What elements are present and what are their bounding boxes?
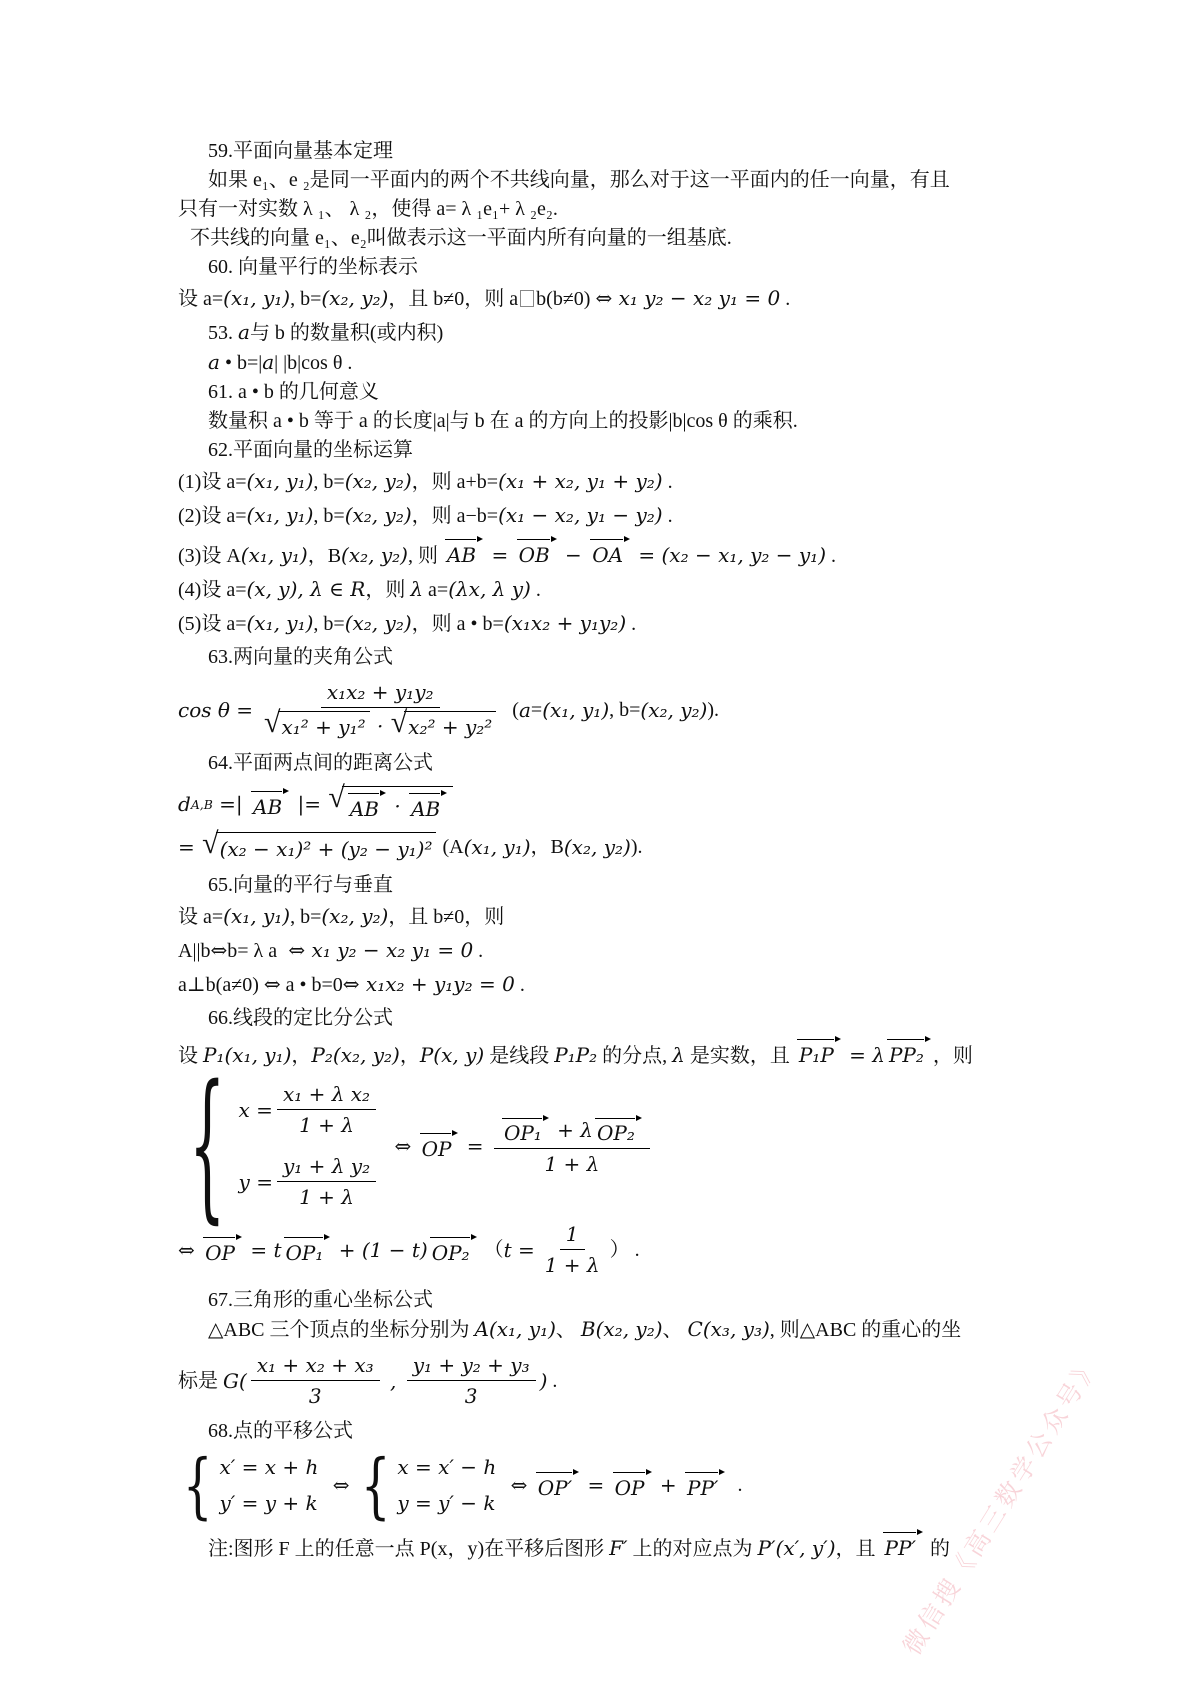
text-run: (1)设 a= [178,471,246,493]
system-rows: x′ = x + hy′ = y + k [219,1454,318,1517]
line-62-f3: (3)设 A(x₁, y₁)，B(x₂, y₂), 则 AB = OB − OA… [178,536,1138,570]
system-row: x = x′ − h [397,1454,496,1481]
text-run: (3)设 A [178,545,241,567]
radical: √(x₂ − x₁)² + (y₂ − y₁)² [202,832,436,863]
text-run: 60. 向量平行的坐标表示 [208,256,418,278]
math-run: (x₂, y₂) [345,611,412,635]
text-run: ，则 [933,1045,973,1067]
math-run: C(x₃, y₃) [688,1317,770,1341]
vector-arrow: OP₂ [595,1117,641,1146]
system-rows: x = x′ − hy = y′ − k [397,1454,496,1517]
math-run: F′ [609,1536,627,1560]
math-run: ⇔ [388,1133,417,1160]
text-run: a⊥b(a≠0) [178,974,264,996]
text-run: ，且 [836,1538,881,1560]
math-run: (x₁ − x₂, y₁ − y₂) [498,503,663,527]
math-run: 1 + λ [299,1113,354,1138]
text-run: 、 [556,1319,581,1341]
text-run: 64.平面两点间的距离公式 [208,752,433,774]
text-run: . [515,974,525,996]
text-run: , b= [313,471,344,493]
math-run: (x₁, y₁) [246,469,313,493]
radicand: (x₂ − x₁)² + (y₂ − y₁)² [216,832,437,863]
math-run: (x₁, y₁) [542,697,609,724]
line-65-f2: a⊥b(a≠0) ⇔ a • b=0⇔ x₁x₂ + y₁y₂ = 0 . [178,971,1138,999]
math-run: (x₁, y₁) [246,503,313,527]
vector-arrow: OP₁ [502,1117,548,1146]
vector-arrow: PP′ [685,1471,724,1502]
vector-arrow: OP [420,1132,458,1163]
math-run: · [388,793,407,820]
line-67-p1: △ABC 三个顶点的坐标分别为 A(x₁, y₁)、 B(x₂, y₂)、 C(… [208,1316,1138,1344]
line-59-p2: 只有一对实数 λ ₁、 λ ₂，使得 a= λ ₁e₁+ λ ₂e₂. [178,196,1138,223]
text-run: , 则△ABC 的重心的坐 [770,1319,962,1341]
system-row: y =y₁ + λ y₂1 + λ [239,1154,381,1210]
vector-arrow: AB [445,538,482,569]
math-run: (x₁, y₁) [223,286,290,310]
text-run: ，且 b≠0，则 a [388,288,518,310]
text-run: A||b [178,940,210,962]
text-run: 62.平面向量的坐标运算 [208,439,413,461]
radicand: AB · AB [342,786,453,823]
equation-system: {x = x′ − hy = y′ − k [356,1454,496,1517]
text-run: , b= [609,697,640,724]
line-62-f1: (1)设 a=(x₁, y₁), b=(x₂, y₂)，则 a+b=(x₁ + … [178,468,1138,496]
text-run: 61. a • b 的几何意义 [208,381,379,403]
math-run: 1 + λ [544,1152,599,1177]
math-run: ⇔ x₁x₂ + y₁y₂ = 0 [343,972,515,996]
line-59-p3: 不共线的向量 e₁、e₂叫做表示这一平面内所有向量的一组基底. [190,225,1138,252]
math-run: a [208,350,220,374]
text-run: 66.线段的定比分公式 [208,1007,393,1029]
fraction-numerator: x₁ + x₂ + x₃ [251,1353,380,1381]
math-run: a [519,697,531,724]
fraction-denominator: 3 [459,1381,484,1409]
math-run: (x₁, y₁) [464,834,531,861]
equation-system: {x =x₁ + λ x₂1 + λy =y₁ + λ y₂1 + λ [178,1082,380,1210]
line-62-f4: (4)设 a=(x, y), λ ∈ R，则 λ a=(λx, λ y) . [178,576,1138,604]
math-run: y = [239,1169,273,1196]
math-run: = λ [843,1043,885,1067]
text-run: 上的对应点为 [628,1538,758,1560]
text-run: b(b≠0) [536,288,595,310]
vector-arrow: OB [517,538,556,569]
vector-arrow: PP₂ [887,1038,930,1069]
line-63-title: 63.两向量的夹角公式 [208,644,1138,671]
line-61-title: 61. a • b 的几何意义 [208,379,1138,406]
vector-arrow: OP [203,1236,241,1267]
text-run: 标是 [178,1368,223,1395]
text-run: ， [400,1045,420,1067]
text-run: ，B [531,834,564,861]
vector-arrow: PP′ [883,1531,922,1562]
math-run: a [262,350,274,374]
text-run: 68.点的平移公式 [208,1420,353,1442]
math-run: x₁ + λ x₂ [283,1082,370,1107]
system-rows: x =x₁ + λ x₂1 + λy =y₁ + λ y₂1 + λ [239,1082,381,1210]
text-run: 65.向量的平行与垂直 [208,874,393,896]
math-run: y′ = y + k [219,1490,317,1517]
line-62-f2: (2)设 a=(x₁, y₁), b=(x₂, y₂)，则 a−b=(x₁ − … [178,502,1138,530]
text-run: . [663,471,673,493]
text-run: 67.三角形的重心坐标公式 [208,1289,433,1311]
fraction: x₁ + x₂ + x₃3 [251,1353,380,1409]
text-run: 的分点, [597,1045,672,1067]
line-65-f1: A||b⇔b= λ a ⇔ x₁ y₂ − x₂ y₁ = 0 . [178,937,1138,965]
text-run: 是实数，且 [685,1045,795,1067]
line-67-title: 67.三角形的重心坐标公式 [208,1287,1138,1314]
fraction: y₁ + y₂ + y₃3 [407,1353,536,1409]
line-61-p1: 数量积 a • b 等于 a 的长度|a|与 b 在 a 的方向上的投影|b|c… [208,408,1138,435]
text-run: , b= [313,505,344,527]
line-59-p1: 如果 e₁、e ₂是同一平面内的两个不共线向量，那么对于这一平面内的任一向量，有… [208,167,1138,194]
math-run: (x₁, y₁) [246,611,313,635]
math-run: a [238,320,250,344]
radical-sign: √ [202,829,218,859]
math-run: ⇔ [178,1237,201,1264]
math-run: ) [540,1368,548,1395]
math-run: 3 [309,1384,322,1409]
math-run: = [178,834,201,861]
math-run: (x₂ − x₁)² + (y₂ − y₁)² [220,836,433,863]
vector-arrow: OP′ [536,1471,578,1502]
fraction: x₁ + λ x₂1 + λ [277,1082,376,1138]
fraction-denominator: 1 + λ [539,1250,606,1278]
math-run: (x₂, y₂) [345,503,412,527]
math-run: + (1 − t) [332,1237,427,1264]
text-run: 53. [208,322,238,344]
math-run: = [581,1472,610,1499]
math-run: ⇔ [264,972,281,996]
radical: √x₂² + y₂² [391,711,497,741]
fraction-denominator: 1 + λ [293,1182,360,1210]
text-run: . [826,545,836,567]
system-row: x′ = x + h [219,1454,318,1481]
line-65-title: 65.向量的平行与垂直 [208,872,1138,899]
text-run: ，则 a−b= [412,505,498,527]
text-run: 注:图形 F 上的任意一点 P(x，y)在平移后图形 [208,1538,609,1560]
text-run: (A [437,834,463,861]
text-run: ( [507,697,519,724]
radical-sign: √ [328,783,344,813]
radicand: x₁² + y₁² [278,711,370,740]
math-run: A(x₁, y₁) [475,1317,556,1341]
vector-arrow: OA [590,538,629,569]
line-63-f1: cos θ =x₁x₂ + y₁y₂√x₁² + y₁² · √x₂² + y₂… [178,680,1138,741]
math-run: B(x₂, y₂) [581,1317,663,1341]
line-64-title: 64.平面两点间的距离公式 [208,750,1138,777]
math-run: d [178,791,191,818]
line-66-p1: 设 P₁(x₁, y₁)，P₂(x₂, y₂)，P(x, y) 是线段 P₁P₂… [178,1036,1138,1070]
radical: √x₁² + y₁² [264,711,370,741]
math-run: ⇔ [210,938,227,962]
radicand: x₂² + y₂² [404,711,496,740]
math-run: x = [239,1097,273,1124]
curly-brace: { [361,1453,391,1517]
math-run: (x₂, y₂) [321,904,388,928]
math-run: G( [223,1368,247,1395]
document-page: 59.平面向量基本定理如果 e₁、e ₂是同一平面内的两个不共线向量，那么对于这… [0,0,1200,1698]
subscript: A,B [191,791,213,818]
system-row: y′ = y + k [219,1490,317,1517]
text-run: (2)设 a= [178,505,246,527]
vector-arrow: OP [613,1471,651,1502]
vector-arrow: OP₂ [430,1236,476,1267]
math-run: ⇔ [504,1472,533,1499]
text-run: a= [423,579,448,601]
equation-system: {x′ = x + hy′ = y + k [178,1454,318,1517]
math-run: λ [410,577,423,601]
radical-sign: √ [264,708,280,738]
text-run: ，B [308,545,341,567]
text-run: 59.平面向量基本定理 [208,140,393,162]
text-run: . [727,1472,742,1499]
math-run: (x₁ + x₂, y₁ + y₂) [498,469,663,493]
curly-brace: { [183,1453,213,1517]
text-run: a • b=0 [281,974,343,996]
text-run: 设 a= [178,288,223,310]
math-run: − [559,543,588,567]
line-65-p1: 设 a=(x₁, y₁), b=(x₂, y₂)，且 b≠0，则 [178,903,1138,931]
math-run: |= [291,791,327,818]
math-run: 3 [465,1384,478,1409]
math-run: = (x₂ − x₁, y₂ − y₁) [632,543,826,567]
fraction-numerator: 1 [560,1222,585,1250]
text-run: （ [479,1237,504,1264]
math-run: · [371,714,390,739]
math-run: (x, y), λ ∈ R [246,577,365,601]
text-run: 不共线的向量 e₁、e₂叫做表示这一平面内所有向量的一组基底. [190,227,732,249]
text-run: , 则 [408,545,443,567]
vector-arrow: AB [251,790,288,821]
text-run: ，则 [365,579,410,601]
system-row: y = y′ − k [397,1490,495,1517]
math-run: 1 [566,1222,579,1247]
line-59-title: 59.平面向量基本定理 [208,138,1138,165]
math-run: P₁P₂ [554,1043,597,1067]
math-run: P₂(x₂, y₂) [311,1043,399,1067]
math-run: 1 + λ [299,1185,354,1210]
fraction-denominator: √x₁² + y₁² · √x₂² + y₂² [257,708,503,741]
line-66-title: 66.线段的定比分公式 [208,1005,1138,1032]
math-run: y₁ + y₂ + y₃ [413,1353,530,1378]
fraction-numerator: y₁ + λ y₂ [277,1154,376,1182]
document-content: 59.平面向量基本定理如果 e₁、e ₂是同一平面内的两个不共线向量，那么对于这… [178,138,1138,1565]
math-run: = [460,1133,489,1160]
curly-brace: { [189,1074,225,1219]
math-run: , [384,1368,403,1395]
math-run: (x₁, y₁) [223,904,290,928]
math-run: = [485,543,514,567]
text-run: , b= [290,906,321,928]
text-run: . [780,288,790,310]
vector-arrow: AB [348,792,385,823]
text-run: ， [291,1045,311,1067]
line-60-title: 60. 向量平行的坐标表示 [208,254,1138,281]
fraction-denominator: 1 + λ [293,1110,360,1138]
math-run: 1 + λ [545,1253,600,1278]
math-run: x₁x₂ + y₁y₂ [327,680,434,705]
text-run: 、 [663,1319,688,1341]
line-60-f1: 设 a=(x₁, y₁), b=(x₂, y₂)，且 b≠0，则 ab(b≠0)… [178,285,1138,313]
fraction-denominator: 3 [303,1381,328,1409]
text-run: , b= [290,288,321,310]
math-run: (x₂, y₂) [321,286,388,310]
math-run: =| [213,791,249,818]
fraction-numerator: x₁ + λ x₂ [277,1082,376,1110]
text-run: . [663,505,673,527]
text-run: . [547,1368,557,1395]
math-run: λ [672,1043,685,1067]
math-run: P(x, y) [420,1043,484,1067]
missing-glyph-box [520,290,534,307]
text-run: , b= [313,613,344,635]
math-run: x′ = x + h [219,1454,318,1481]
fraction: x₁x₂ + y₁y₂√x₁² + y₁² · √x₂² + y₂² [257,680,503,741]
fraction: y₁ + λ y₂1 + λ [277,1154,376,1210]
text-run: . [473,940,483,962]
math-run: x₁² + y₁² [282,715,366,740]
text-run: ). [707,697,719,724]
text-run: • b=| [220,352,262,374]
text-run: (4)设 a= [178,579,246,601]
fraction-numerator: OP₁ + λOP₂ [494,1115,650,1149]
math-run: y₁ + λ y₂ [283,1154,370,1179]
fraction: 11 + λ [539,1222,606,1278]
math-run: x₁ + x₂ + x₃ [257,1353,374,1378]
text-run: . [531,579,541,601]
text-run: . [626,613,636,635]
fraction-numerator: x₁x₂ + y₁y₂ [321,680,440,708]
math-run: cos θ = [178,697,253,724]
math-run: ⇔ x₁ y₂ − x₂ y₁ = 0 [595,286,780,310]
math-run: (x₁x₂ + y₁y₂) [504,611,626,635]
math-run: + λ [551,1118,593,1143]
vector-arrow: OP₁ [284,1236,330,1267]
text-run: 63.两向量的夹角公式 [208,646,393,668]
math-run: = t [244,1237,282,1264]
fraction-denominator: 1 + λ [538,1149,605,1177]
math-run: ⇔ [326,1472,355,1499]
math-run: (x₂, y₂) [564,834,631,861]
math-run: + [654,1472,683,1499]
text-run: | |b|cos θ . [274,352,352,374]
text-run: ，则 a+b= [412,471,498,493]
math-run: ⇔ x₁ y₂ − x₂ y₁ = 0 [282,938,473,962]
text-run: △ABC 三个顶点的坐标分别为 [208,1319,475,1341]
line-67-f1: 标是 G(x₁ + x₂ + x₃3 , y₁ + y₂ + y₃3) . [178,1353,1138,1409]
text-run: ，则 a • b= [412,613,504,635]
text-run: ） . [610,1237,640,1264]
math-run: t = [504,1237,535,1264]
line-68-title: 68.点的平移公式 [208,1418,1138,1445]
text-run: ). [631,834,643,861]
line-66-f1: {x =x₁ + λ x₂1 + λy =y₁ + λ y₂1 + λ ⇔ OP… [178,1082,1138,1210]
text-run: 数量积 a • b 等于 a 的长度|a|与 b 在 a 的方向上的投影|b|c… [208,410,798,432]
radical-sign: √ [391,708,407,738]
line-64-f2: = √(x₂ − x₁)² + (y₂ − y₁)² (A(x₁, y₁)，B(… [178,832,1138,863]
math-run: (x₂, y₂) [341,543,408,567]
math-run: x₂² + y₂² [408,715,492,740]
text-run: 设 a= [178,906,223,928]
math-run: y = y′ − k [397,1490,495,1517]
radical: √AB · AB [328,786,453,823]
vector-arrow: AB [409,792,446,823]
text-run: 与 b 的数量积(或内积) [250,322,443,344]
text-run: = [531,697,542,724]
math-run: (x₂, y₂) [640,697,707,724]
text-run: (5)设 a= [178,613,246,635]
math-run: P′(x′, y′) [758,1536,836,1560]
line-66-f2: ⇔ OP = tOP₁ + (1 − t)OP₂ （t =11 + λ） . [178,1222,1138,1278]
line-62-f5: (5)设 a=(x₁, y₁), b=(x₂, y₂)，则 a • b=(x₁x… [178,610,1138,638]
math-run: (λx, λ y) [448,577,531,601]
math-run: x = x′ − h [397,1454,496,1481]
text-run: 是线段 [484,1045,554,1067]
text-run: 如果 e₁、e ₂是同一平面内的两个不共线向量，那么对于这一平面内的任一向量，有… [208,169,950,191]
math-run: (x₂, y₂) [345,469,412,493]
line-62-title: 62.平面向量的坐标运算 [208,437,1138,464]
fraction-numerator: y₁ + y₂ + y₃ [407,1353,536,1381]
line-53-title: 53. a与 b 的数量积(或内积) [208,319,1138,347]
vector-arrow: P₁P [797,1038,840,1069]
text-run: b= λ a [227,940,282,962]
text-run: ，且 b≠0，则 [388,906,504,928]
text-run: 只有一对实数 λ ₁、 λ ₂，使得 a= λ ₁e₁+ λ ₂e₂. [178,198,558,220]
math-run: (x₁, y₁) [241,543,308,567]
line-64-f1: dA,B =| AB |= √AB · AB [178,786,1138,823]
line-53-f1: a • b=|a| |b|cos θ . [208,349,1138,377]
system-row: x =x₁ + λ x₂1 + λ [239,1082,381,1138]
fraction: OP₁ + λOP₂1 + λ [494,1115,650,1177]
